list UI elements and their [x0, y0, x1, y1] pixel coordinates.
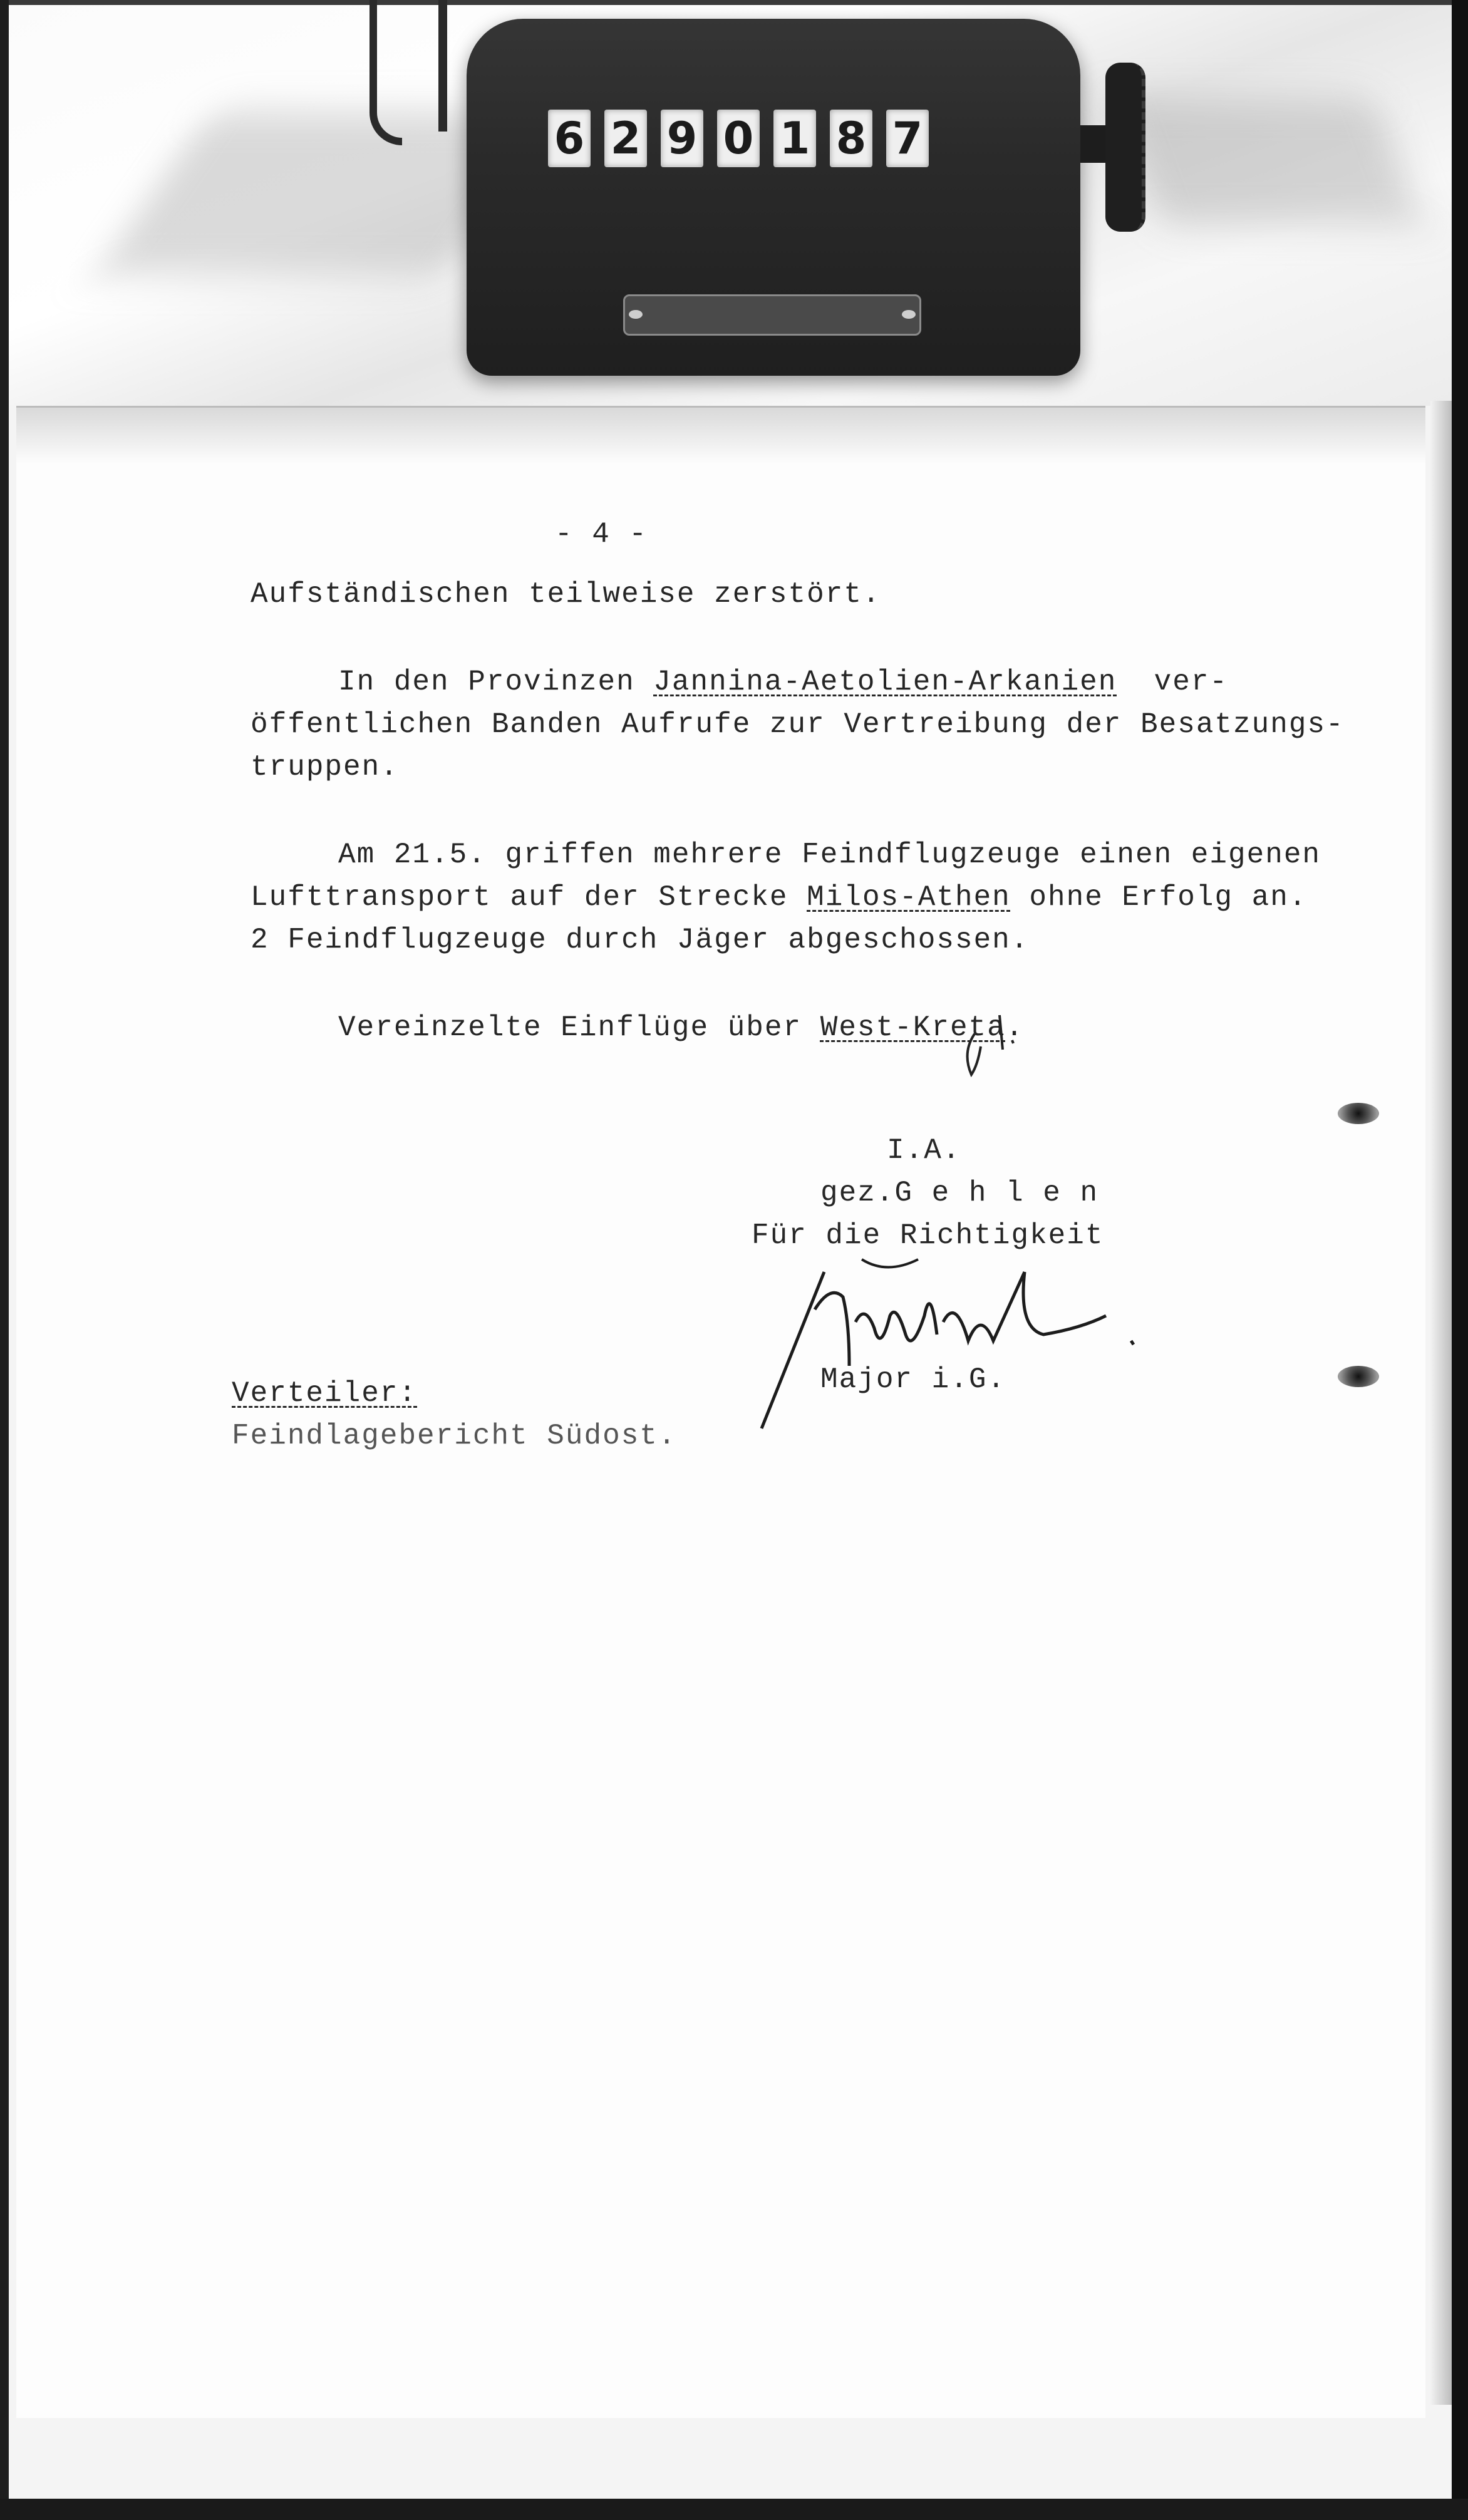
- knob-axle: [1080, 125, 1105, 163]
- distribution-entry: Feindlagebericht Südost.: [232, 1420, 677, 1452]
- film-frame-right: [1452, 0, 1468, 2520]
- text-segment: In den Provinzen: [338, 666, 653, 698]
- shadow: [1114, 99, 1422, 224]
- text-segment: ohne Erfolg an.: [1011, 881, 1308, 914]
- frame-counter-device: 6 2 9 0 1 8 7: [467, 19, 1080, 376]
- signature-ia: I.A.: [887, 1134, 961, 1167]
- counter-cable: [438, 0, 447, 132]
- text-segment: Vereinzelte Einflüge über: [338, 1011, 820, 1044]
- underlined-place: Milos-Athen: [807, 881, 1011, 914]
- counter-knob-icon: [1105, 63, 1145, 232]
- film-frame-left: [0, 0, 9, 2520]
- document-page: - 4 - Aufständischen teilweise zerstört.…: [16, 406, 1425, 2418]
- film-frame-bottom: [0, 2499, 1468, 2520]
- text-segment: ver-: [1117, 666, 1228, 698]
- text-line: 2 Feindflugzeuge durch Jäger abgeschosse…: [251, 924, 1029, 956]
- counter-digit: 0: [717, 110, 760, 167]
- counter-digit: 6: [548, 110, 591, 167]
- counter-digit: 8: [830, 110, 872, 167]
- handwritten-signature-icon: [755, 1247, 1219, 1435]
- text-line: Am 21.5. griffen mehrere Feindflugzeuge …: [338, 839, 1321, 871]
- signature-rank: Major i.G.: [820, 1363, 1006, 1396]
- handwritten-initial-icon: [956, 1009, 1031, 1084]
- text-line: öffentlichen Banden Aufrufe zur Vertreib…: [251, 708, 1345, 741]
- counter-digit: 7: [886, 110, 929, 167]
- paper-shade: [16, 408, 1425, 464]
- counter-digit: 1: [773, 110, 816, 167]
- counter-nameplate: [623, 294, 921, 336]
- signature-name: gez.G e h l e n: [820, 1177, 1098, 1209]
- text-line: Vereinzelte Einflüge über West-Kreta.: [338, 1011, 1024, 1044]
- punch-hole-icon: [1338, 1366, 1379, 1387]
- counter-cable: [370, 0, 402, 145]
- text-line: Lufttransport auf der Strecke Milos-Athe…: [251, 881, 1307, 914]
- text-line: truppen.: [251, 751, 399, 783]
- counter-digit: 9: [661, 110, 703, 167]
- counter-digits: 6 2 9 0 1 8 7: [548, 110, 929, 167]
- page-number: - 4 -: [555, 518, 648, 550]
- text-line: In den Provinzen Jannina-Aetolien-Arkani…: [338, 666, 1228, 698]
- text-line: Aufständischen teilweise zerstört.: [251, 578, 881, 611]
- text-segment: Lufttransport auf der Strecke: [251, 881, 807, 914]
- underlined-place: Jannina-Aetolien-Arkanien: [653, 666, 1117, 698]
- film-edge-strip: [1430, 401, 1452, 2405]
- distribution-heading: Verteiler:: [232, 1377, 417, 1410]
- film-frame-top: [0, 0, 1468, 5]
- punch-hole-icon: [1338, 1103, 1379, 1124]
- counter-digit: 2: [604, 110, 647, 167]
